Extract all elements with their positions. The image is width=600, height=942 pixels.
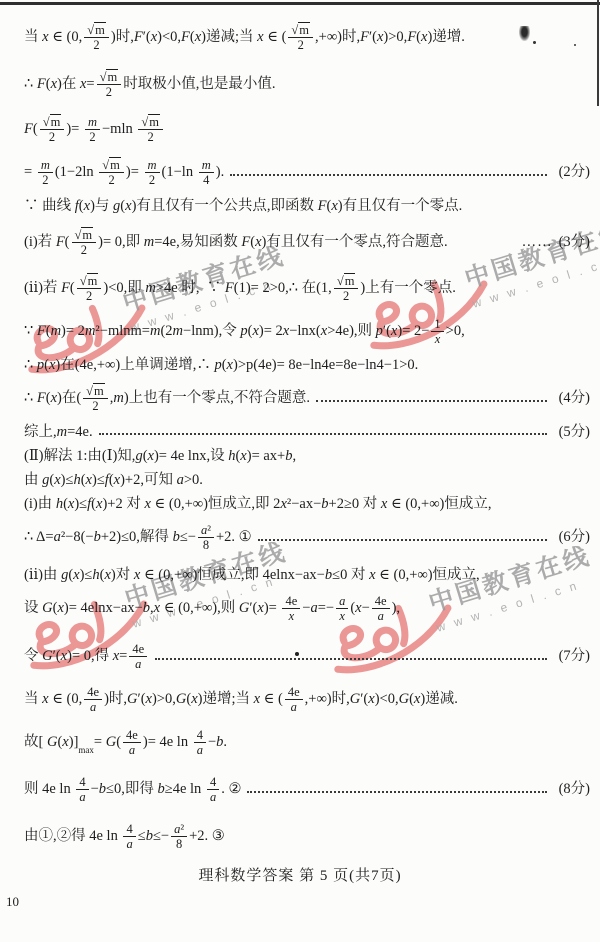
dot-leader — [99, 425, 547, 435]
math-line: = m2(1−2ln √m2)= m2(1−ln m4).(2分) — [24, 151, 590, 194]
dot-leader — [316, 392, 547, 402]
fraction: √m2 — [99, 158, 124, 188]
math-text: )上有一个零点. — [360, 279, 455, 297]
math-line: ∴ p(x)在(4e,+∞)上单调递增,∴ p(x)>p(4e)= 8e−ln4… — [24, 353, 590, 377]
fraction: m2 — [85, 115, 100, 145]
short-dot-leader: …… — [522, 233, 553, 251]
math-text: )= 0,即 m=4e,易知函数 F(x)有且仅有一个零点,符合题意. — [98, 233, 447, 251]
math-text: 当 x ∈ (0, — [24, 690, 82, 708]
math-line: (i)由 h(x)≤f(x)+2 对 x ∈ (0,+∞)恒成立,即 2x²−a… — [24, 492, 590, 516]
fraction: m4 — [199, 158, 214, 188]
math-text: 则 4e ln — [24, 780, 74, 798]
math-text: ), — [392, 599, 400, 617]
math-text: (ⅱ)若 F( — [24, 279, 75, 297]
math-text: ∵ F(m)= 2m²−mlnm=m(2m−lnm),令 p(x)= 2x−ln… — [24, 322, 429, 340]
math-text: )<0,即 m>4e 时, ∵ F(1)= 2>0,∴ 在(1, — [103, 279, 331, 297]
score-label: (3分) — [559, 233, 590, 251]
math-line: ∵ 曲线 f(x)与 g(x)有且仅有一个公共点,即函数 F(x)有且仅有一个零… — [24, 194, 590, 218]
fraction: 4ea — [372, 594, 390, 624]
math-text: −mln — [102, 120, 136, 138]
fraction: a²8 — [171, 822, 187, 852]
dot-leader — [155, 650, 546, 660]
dot-leader — [230, 166, 546, 176]
scan-artifact — [533, 41, 536, 44]
fraction: ax — [336, 594, 348, 624]
math-line: F(√m2)= m2−mln √m2 — [24, 108, 590, 151]
math-text: >0, — [446, 322, 465, 340]
math-text: (i)由 h(x)≤f(x)+2 对 x ∈ (0,+∞)恒成立,即 2x²−a… — [24, 495, 492, 513]
math-text: −b≤0,即得 b≥4e ln — [91, 780, 205, 798]
page-footer: 理科数学答案 第 5 页(共7页) — [0, 864, 600, 885]
fraction: 4ea — [123, 728, 141, 758]
dot-leader — [247, 783, 546, 793]
math-text: +2. ③ — [189, 827, 225, 845]
fraction: √m2 — [83, 384, 108, 414]
fraction: 4a — [76, 775, 88, 805]
math-text: ,+∞)时,F′(x)>0,F(x)递增. — [315, 28, 465, 46]
score-label: (4分) — [559, 389, 590, 407]
math-text: 故[ G(x)] — [24, 733, 78, 751]
fraction: 4a — [194, 728, 206, 758]
solution-text: 当 x ∈ (0,√m2)时,F′(x)<0,F(x)递减;当 x ∈ (√m2… — [24, 16, 590, 858]
fraction: √m2 — [334, 274, 359, 304]
fraction: √m2 — [77, 274, 102, 304]
fraction: √m2 — [84, 23, 109, 53]
fraction: √m2 — [138, 115, 163, 145]
fraction: 4ea — [84, 685, 102, 715]
fraction: √m2 — [40, 115, 65, 145]
score-label: (7分) — [559, 647, 590, 665]
math-text: 由 g(x)≤h(x)≤f(x)+2,可知 a>0. — [24, 471, 203, 489]
score-label: (2分) — [559, 163, 590, 181]
math-line: 故[ G(x)]max= G(4ea)= 4e ln 4a−b. — [24, 721, 590, 764]
scan-artifact — [519, 26, 530, 41]
math-text: )= — [66, 120, 83, 138]
math-line: 当 x ∈ (0,4ea)时,G′(x)>0,G(x)递增;当 x ∈ (4ea… — [24, 678, 590, 721]
fraction: 1x — [431, 317, 443, 347]
fraction: 4a — [207, 775, 219, 805]
math-line: ∴ F(x)在(√m2,m)上也有一个零点,不符合题意.(4分) — [24, 377, 590, 420]
math-text: 令 G′(x)= 0,得 x= — [24, 647, 127, 665]
math-text: 由①,②得 4e ln — [24, 827, 121, 845]
math-text: = G( — [94, 733, 121, 751]
math-text: F( — [24, 120, 38, 138]
math-text: +2. ① — [216, 528, 252, 546]
math-text: ∴ F(x)在( — [24, 389, 81, 407]
math-text: 当 x ∈ (0, — [24, 28, 82, 46]
dot-leader — [258, 531, 547, 541]
math-text: ≤b≤− — [138, 827, 169, 845]
fraction: 4ea — [285, 685, 303, 715]
math-line: ∵ F(m)= 2m²−mlnm=m(2m−lnm),令 p(x)= 2x−ln… — [24, 310, 590, 353]
math-text: ). — [216, 163, 224, 181]
math-line: (ⅱ)若 F(√m2)<0,即 m>4e 时, ∵ F(1)= 2>0,∴ 在(… — [24, 267, 590, 310]
fraction: 4a — [123, 822, 135, 852]
math-line: 令 G′(x)= 0,得 x=4ea(7分) — [24, 635, 590, 678]
scan-artifact — [295, 652, 299, 656]
math-text: (Ⅱ)解法 1:由(Ⅰ)知,g(x)= 4e lnx,设 h(x)= ax+b, — [24, 447, 296, 465]
math-text: (ⅱ)由 g(x)≤h(x)对 x ∈ (0,+∞)恒成立,即 4elnx−ax… — [24, 566, 480, 584]
score-label: (6分) — [559, 528, 590, 546]
math-text: )= 4e ln — [143, 733, 192, 751]
fraction: m2 — [38, 158, 53, 188]
top-border-line — [0, 2, 600, 5]
fraction: 4ea — [129, 642, 147, 672]
math-text: 时取极小值,也是最小值. — [123, 75, 275, 93]
fraction: a²8 — [198, 523, 214, 553]
math-line: 由 g(x)≤h(x)≤f(x)+2,可知 a>0. — [24, 468, 590, 492]
math-text: )= — [126, 163, 143, 181]
fraction: √m2 — [72, 228, 97, 258]
math-text: = — [24, 163, 36, 181]
math-text: )时,F′(x)<0,F(x)递减;当 x ∈ ( — [111, 28, 287, 46]
math-line: 综上,m=4e.(5分) — [24, 420, 590, 444]
subscript: max — [78, 746, 94, 755]
math-text: −b. — [208, 733, 227, 751]
score-label: (8分) — [559, 780, 590, 798]
math-line: 设 G(x)= 4elnx−ax−b,x ∈ (0,+∞),则 G′(x)= 4… — [24, 587, 590, 630]
math-text: (x− — [350, 599, 369, 617]
math-line: (i)若 F(√m2)= 0,即 m=4e,易知函数 F(x)有且仅有一个零点,… — [24, 221, 590, 264]
math-text: 设 G(x)= 4elnx−ax−b,x ∈ (0,+∞),则 G′(x)= — [24, 599, 280, 617]
math-text: ∵ 曲线 f(x)与 g(x)有且仅有一个公共点,即函数 F(x)有且仅有一个零… — [24, 197, 462, 215]
math-text: (1−2ln — [55, 163, 97, 181]
math-text: ,m)上也有一个零点,不符合题意. — [110, 389, 310, 407]
fraction: m2 — [145, 158, 160, 188]
math-text: (i)若 F( — [24, 233, 70, 251]
math-text: )时,G′(x)>0,G(x)递增;当 x ∈ ( — [104, 690, 283, 708]
corner-page-number: 10 — [6, 894, 19, 910]
math-line: 则 4e ln 4a−b≤0,即得 b≥4e ln 4a. ②(8分) — [24, 768, 590, 811]
math-line: 当 x ∈ (0,√m2)时,F′(x)<0,F(x)递减;当 x ∈ (√m2… — [24, 16, 590, 59]
math-text: (1−ln — [162, 163, 197, 181]
math-text: −a=− — [302, 599, 334, 617]
math-text: . ② — [221, 780, 241, 798]
scanned-answer-page: 中国教育在线 w w w . e o l . c n 中国教育在线 w w w … — [0, 0, 600, 942]
math-line: ∴ F(x)在 x=√m2时取极小值,也是最小值. — [24, 63, 590, 106]
math-text: 综上,m=4e. — [24, 423, 93, 441]
math-line: 由①,②得 4e ln 4a≤b≤−a²8+2. ③ — [24, 815, 590, 858]
math-text: ,+∞)时,G′(x)<0,G(x)递减. — [305, 690, 458, 708]
right-edge-line — [597, 0, 599, 106]
score-label: (5分) — [559, 423, 590, 441]
fraction: √m2 — [97, 70, 122, 100]
math-line: (ⅱ)由 g(x)≤h(x)对 x ∈ (0,+∞)恒成立,即 4elnx−ax… — [24, 563, 590, 587]
math-line: (Ⅱ)解法 1:由(Ⅰ)知,g(x)= 4e lnx,设 h(x)= ax+b, — [24, 444, 590, 468]
math-line: ∴ Δ=a²−8(−b+2)≤0,解得 b≤−a²8+2. ①(6分) — [24, 516, 590, 559]
math-text: ∴ F(x)在 x= — [24, 75, 95, 93]
math-text: ∴ Δ=a²−8(−b+2)≤0,解得 b≤− — [24, 528, 196, 546]
math-text: ∴ p(x)在(4e,+∞)上单调递增,∴ p(x)>p(4e)= 8e−ln4… — [24, 356, 418, 374]
fraction: 4ex — [282, 594, 300, 624]
scan-artifact — [574, 44, 576, 46]
fraction: √m2 — [288, 23, 313, 53]
